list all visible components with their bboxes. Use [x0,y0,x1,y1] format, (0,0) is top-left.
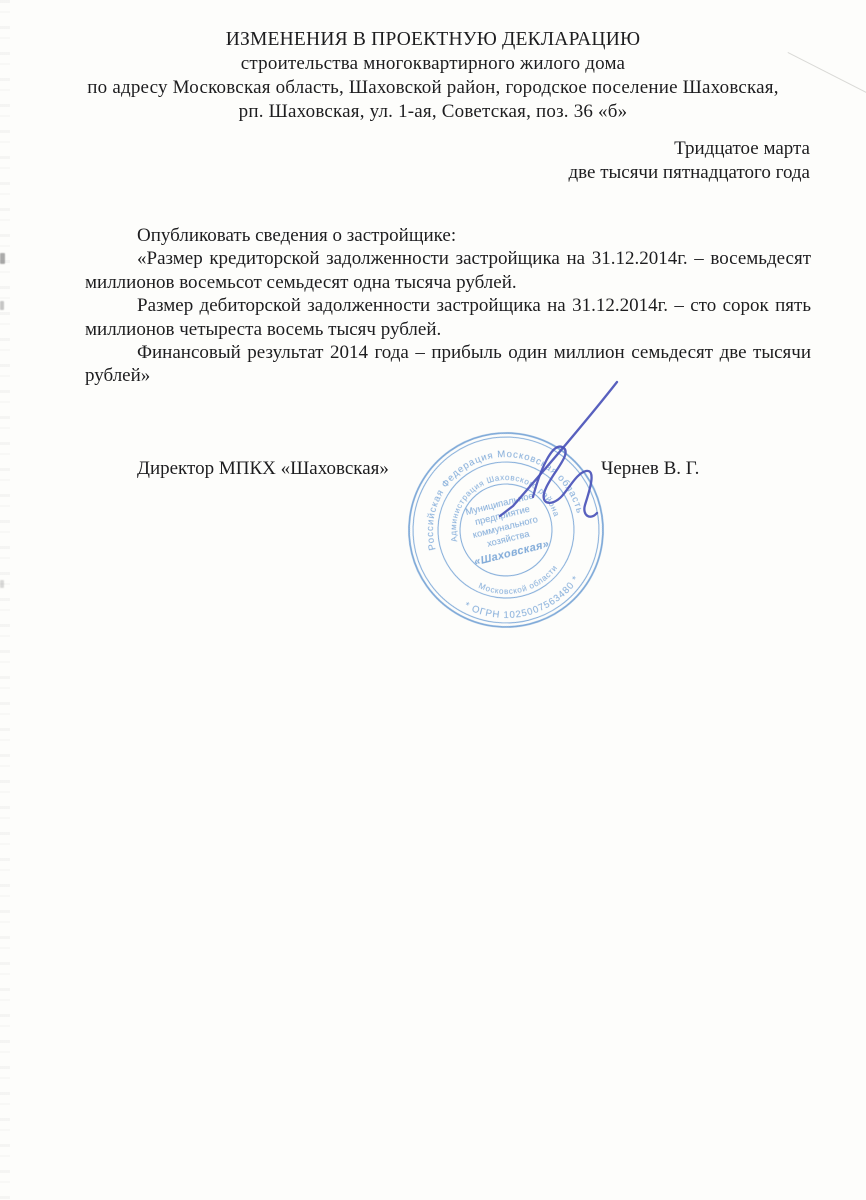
paragraph-3-line-1: Размер дебиторской задолженности застрой… [85,294,811,317]
scanned-document-page: ИЗМЕНЕНИЯ В ПРОЕКТНУЮ ДЕКЛАРАЦИЮ строите… [0,0,866,1200]
document-address-line-2: рп. Шаховская, ул. 1-ая, Советская, поз.… [0,100,866,124]
paragraph-2-line-2: миллионов восемьсот семьдесят одна тысяч… [85,271,811,294]
paragraph-3-line-2: миллионов четыреста восемь тысяч рублей. [85,318,811,341]
document-subtitle: строительства многоквартирного жилого до… [0,52,866,76]
paragraph-2-line-1: «Размер кредиторской задолженности застр… [85,247,811,270]
date-line-2: две тысячи пятнадцатого года [568,161,810,185]
document-address-line-1: по адресу Московская область, Шаховской … [0,76,866,100]
document-title: ИЗМЕНЕНИЯ В ПРОЕКТНУЮ ДЕКЛАРАЦИЮ [0,28,866,52]
scan-noise-edge [0,0,10,1200]
document-header: ИЗМЕНЕНИЯ В ПРОЕКТНУЮ ДЕКЛАРАЦИЮ строите… [0,28,866,124]
scan-speck [0,301,4,310]
scan-speck [0,253,5,264]
paragraph-1-line-1: Опубликовать сведения о застройщике: [85,224,811,247]
date-line-1: Тридцатое марта [568,137,810,161]
date-block: Тридцатое марта две тысячи пятнадцатого … [568,137,810,185]
signature-flourish [533,447,597,517]
scan-speck [0,580,4,588]
handwritten-signature [440,372,640,532]
signature-long-stroke [500,382,617,516]
paragraph-4-line-1: Финансовый результат 2014 года – прибыль… [85,341,811,364]
signer-position-label: Директор МПКХ «Шаховская» [137,458,389,480]
document-body: Опубликовать сведения о застройщике: «Ра… [85,224,811,388]
